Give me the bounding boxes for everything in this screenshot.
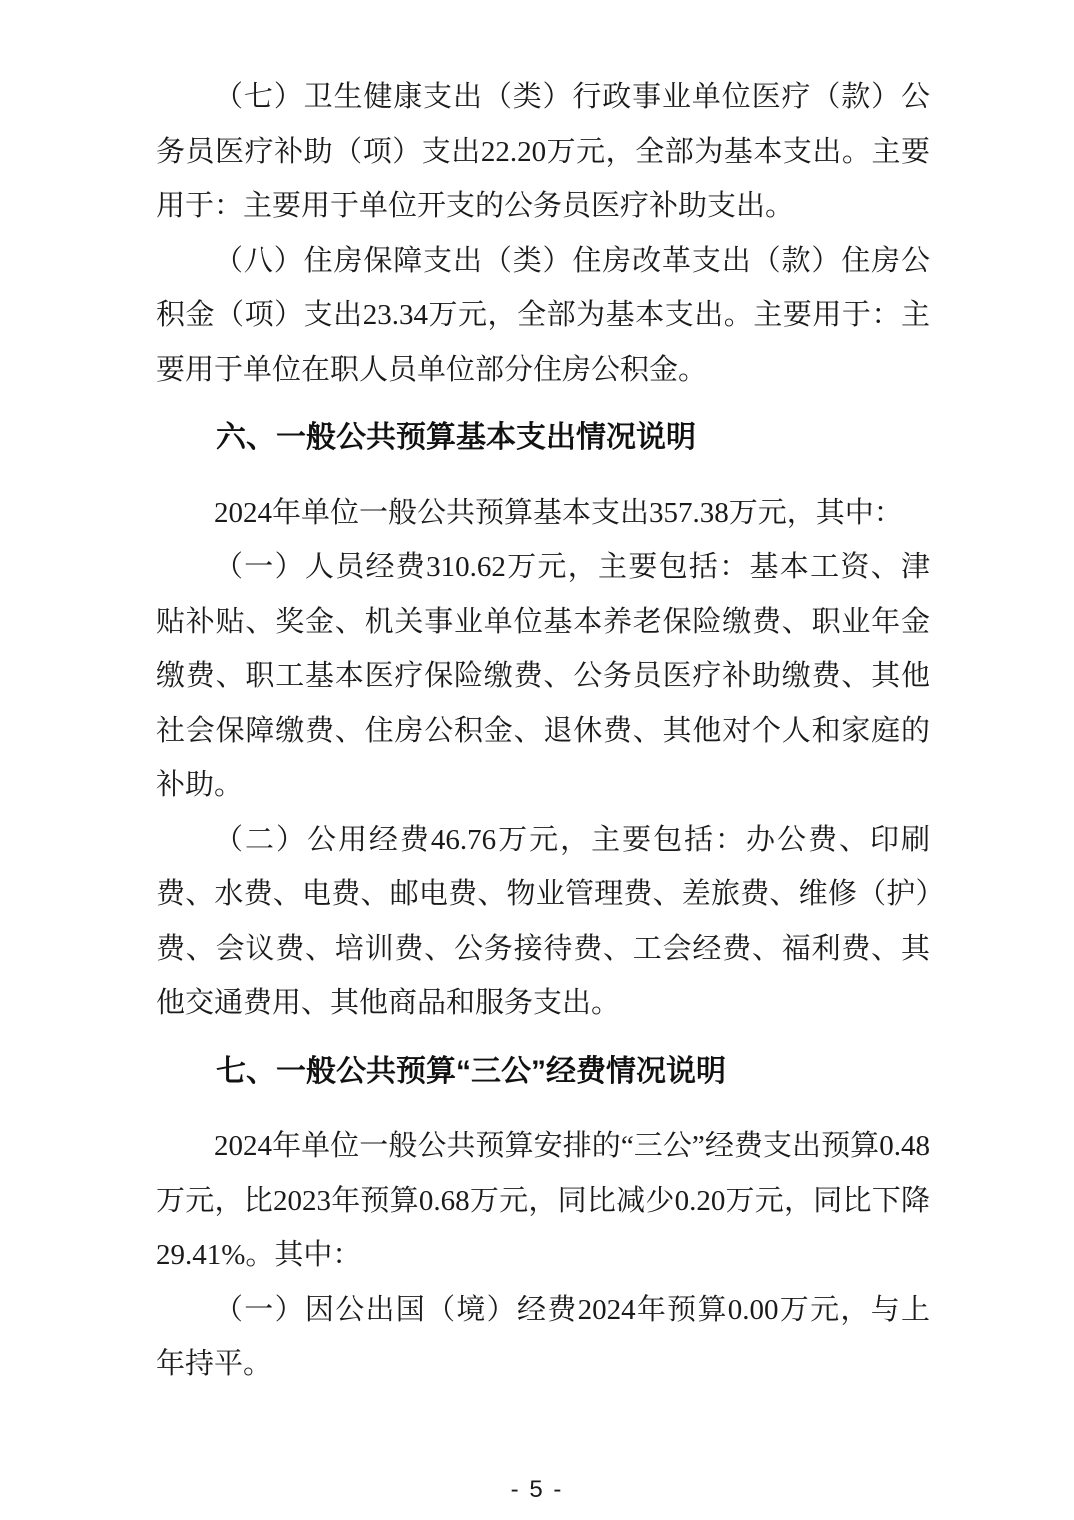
section-heading-basic-expenditure: 六、一般公共预算基本支出情况说明 <box>156 411 930 466</box>
paragraph-overseas-travel-funds: （一）因公出国（境）经费2024年预算0.00万元，与上年持平。 <box>156 1283 930 1392</box>
paragraph-three-public-budget: 2024年单位一般公共预算安排的“三公”经费支出预算0.48万元，比2023年预… <box>156 1119 930 1283</box>
paragraph-expenditure-item-7: （七）卫生健康支出（类）行政事业单位医疗（款）公务员医疗补助（项）支出22.20… <box>156 70 930 234</box>
page-number: - 5 - <box>0 1476 1074 1504</box>
paragraph-expenditure-item-8: （八）住房保障支出（类）住房改革支出（款）住房公积金（项）支出23.34万元，全… <box>156 234 930 398</box>
paragraph-public-funds: （二）公用经费46.76万元，主要包括：办公费、印刷费、水费、电费、邮电费、物业… <box>156 813 930 1031</box>
document-page: （七）卫生健康支出（类）行政事业单位医疗（款）公务员医疗补助（项）支出22.20… <box>0 0 1074 1520</box>
section-heading-three-public-funds: 七、一般公共预算“三公”经费情况说明 <box>156 1045 930 1100</box>
document-body: （七）卫生健康支出（类）行政事业单位医疗（款）公务员医疗补助（项）支出22.20… <box>156 70 930 1392</box>
paragraph-basic-expenditure-total: 2024年单位一般公共预算基本支出357.38万元，其中： <box>156 486 930 541</box>
paragraph-personnel-funds: （一）人员经费310.62万元，主要包括：基本工资、津贴补贴、奖金、机关事业单位… <box>156 540 930 813</box>
